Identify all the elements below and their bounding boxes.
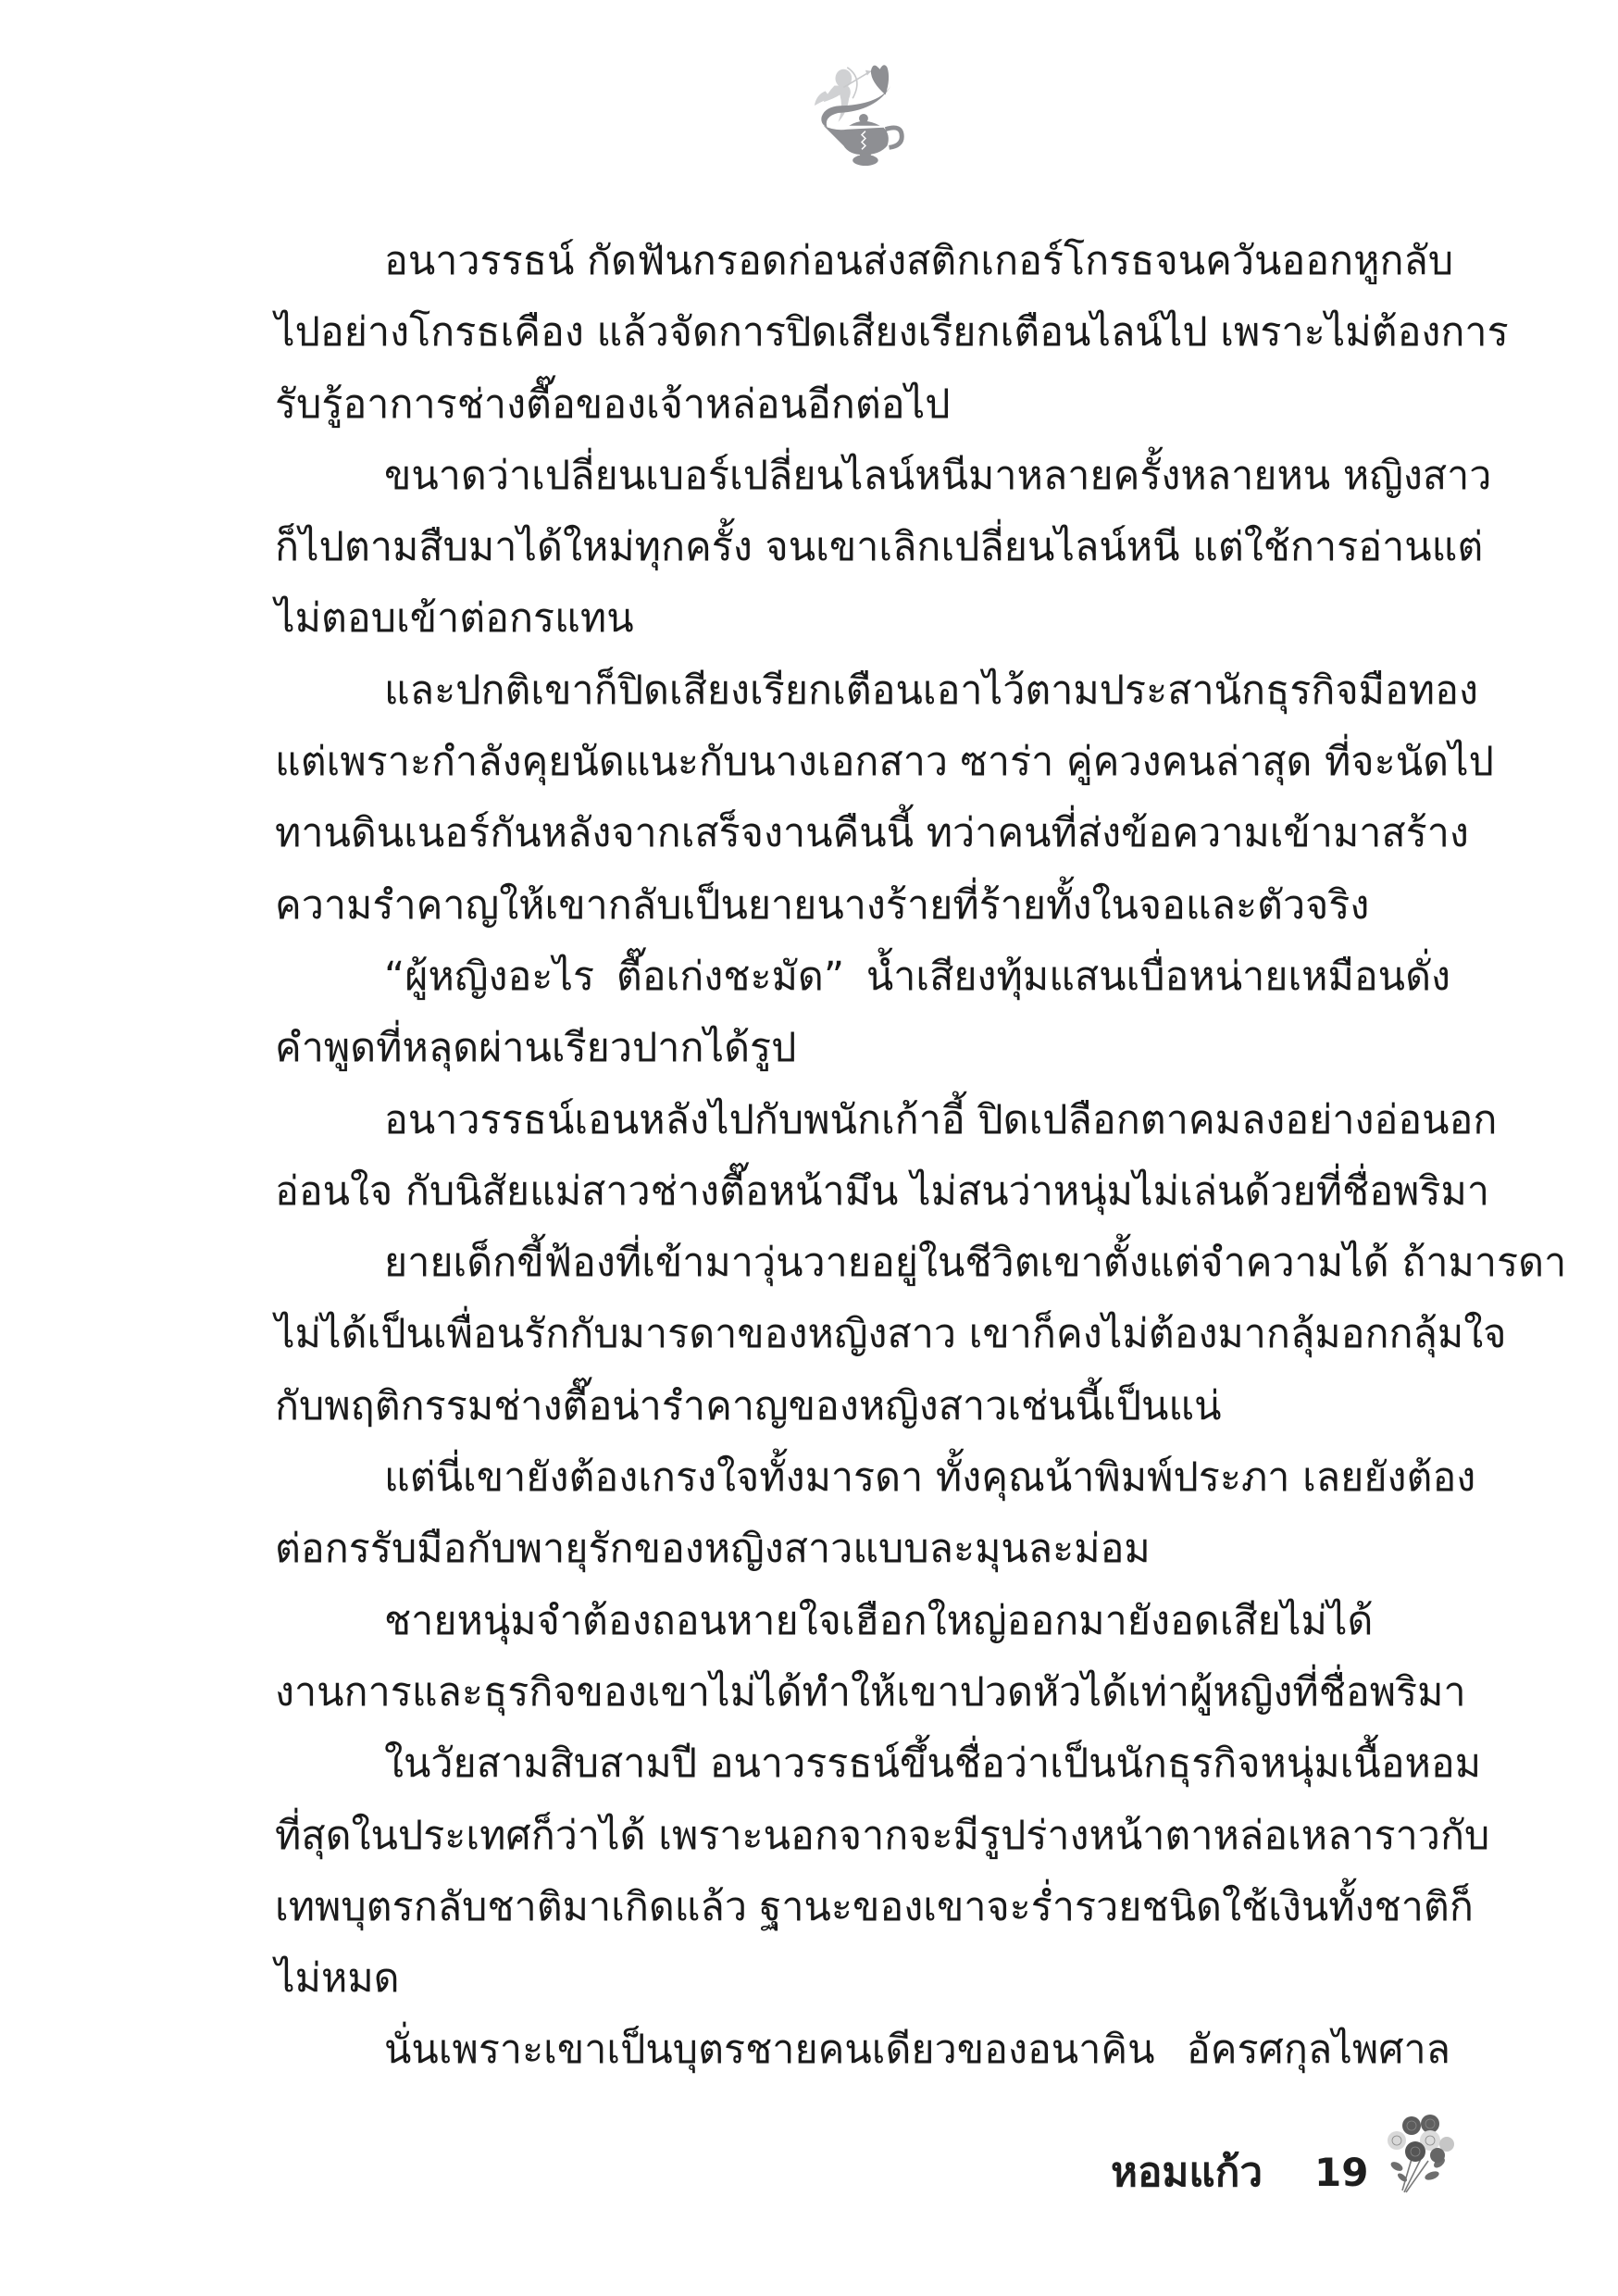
text-line: ในวัยสามสิบสามปี อนาวรรธน์ขึ้นชื่อว่าเป็… [275, 1728, 1450, 1800]
text-line: งานการและธุรกิจของเขาไม่ได้ทำให้เขาปวดหั… [275, 1657, 1450, 1728]
text-line: กับพฤติกรรมช่างตื๊อน่ารำคาญของหญิงสาวเช่… [275, 1371, 1450, 1442]
text-line: แต่เพราะกำลังคุยนัดแนะกับนางเอกสาว ซาร่า… [275, 727, 1450, 798]
text-line: เทพบุตรกลับชาติมาเกิดแล้ว ฐานะของเขาจะร่… [275, 1872, 1450, 1943]
text-line: อนาวรรธน์ กัดฟันกรอดก่อนส่งสติกเกอร์โกรธ… [275, 226, 1450, 297]
text-line: ความรำคาญให้เขากลับเป็นยายนางร้ายที่ร้าย… [275, 870, 1450, 942]
text-line: แต่นี่เขายังต้องเกรงใจทั้งมารดา ทั้งคุณน… [275, 1442, 1450, 1514]
rose-bouquet-icon [1384, 2113, 1458, 2196]
text-line: ชายหนุ่มจำต้องถอนหายใจเฮือกใหญ่ออกมายังอ… [275, 1586, 1450, 1657]
text-line: และปกติเขาก็ปิดเสียงเรียกเตือนเอาไว้ตามป… [275, 655, 1450, 727]
text-line: ทานดินเนอร์กันหลังจากเสร็จงานคืนนี้ ทว่า… [275, 798, 1450, 869]
text-line: ไม่ตอบเข้าต่อกรแทน [275, 583, 1450, 655]
page-footer: หอมแก้ว 19 [1111, 2146, 1368, 2198]
text-line: “ผู้หญิงอะไร ตื๊อเก่งชะมัด” น้ำเสียงทุ้ม… [275, 942, 1450, 1013]
book-title: หอมแก้ว [1111, 2140, 1273, 2204]
page-number: 19 [1314, 2150, 1368, 2195]
text-line: ต่อกรรับมือกับพายุรักของหญิงสาวแบบละมุนล… [275, 1514, 1450, 1585]
body-text: อนาวรรธน์ กัดฟันกรอดก่อนส่งสติกเกอร์โกรธ… [275, 226, 1450, 2087]
text-line: นั่นเพราะเขาเป็นบุตรชายคนเดียวของอนาคิน … [275, 2015, 1450, 2086]
text-line: รับรู้อาการช่างตื๊อของเจ้าหล่อนอีกต่อไป [275, 369, 1450, 441]
text-line: คำพูดที่หลุดผ่านเรียวปากได้รูป [275, 1013, 1450, 1084]
text-line: ไม่ได้เป็นเพื่อนรักกับมารดาของหญิงสาว เข… [275, 1299, 1450, 1370]
text-line: ก็ไปตามสืบมาได้ใหม่ทุกครั้ง จนเขาเลิกเปล… [275, 512, 1450, 583]
text-line: ที่สุดในประเทศก็ว่าได้ เพราะนอกจากจะมีรู… [275, 1801, 1450, 1872]
text-line: ไปอย่างโกรธเคือง แล้วจัดการปิดเสียงเรียก… [275, 297, 1450, 368]
text-line: อ่อนใจ กับนิสัยแม่สาวช่างตื๊อหน้ามึน ไม่… [275, 1156, 1450, 1228]
text-line: อนาวรรธน์เอนหลังไปกับพนักเก้าอี้ ปิดเปลื… [275, 1085, 1450, 1156]
cupid-magic-lamp-icon [807, 57, 916, 168]
text-line: ยายเด็กขี้ฟ้องที่เข้ามาวุ่นวายอยู่ในชีวิ… [275, 1228, 1450, 1299]
text-line: ไม่หมด [275, 1943, 1450, 2015]
text-line: ขนาดว่าเปลี่ยนเบอร์เปลี่ยนไลน์หนีมาหลายค… [275, 441, 1450, 512]
